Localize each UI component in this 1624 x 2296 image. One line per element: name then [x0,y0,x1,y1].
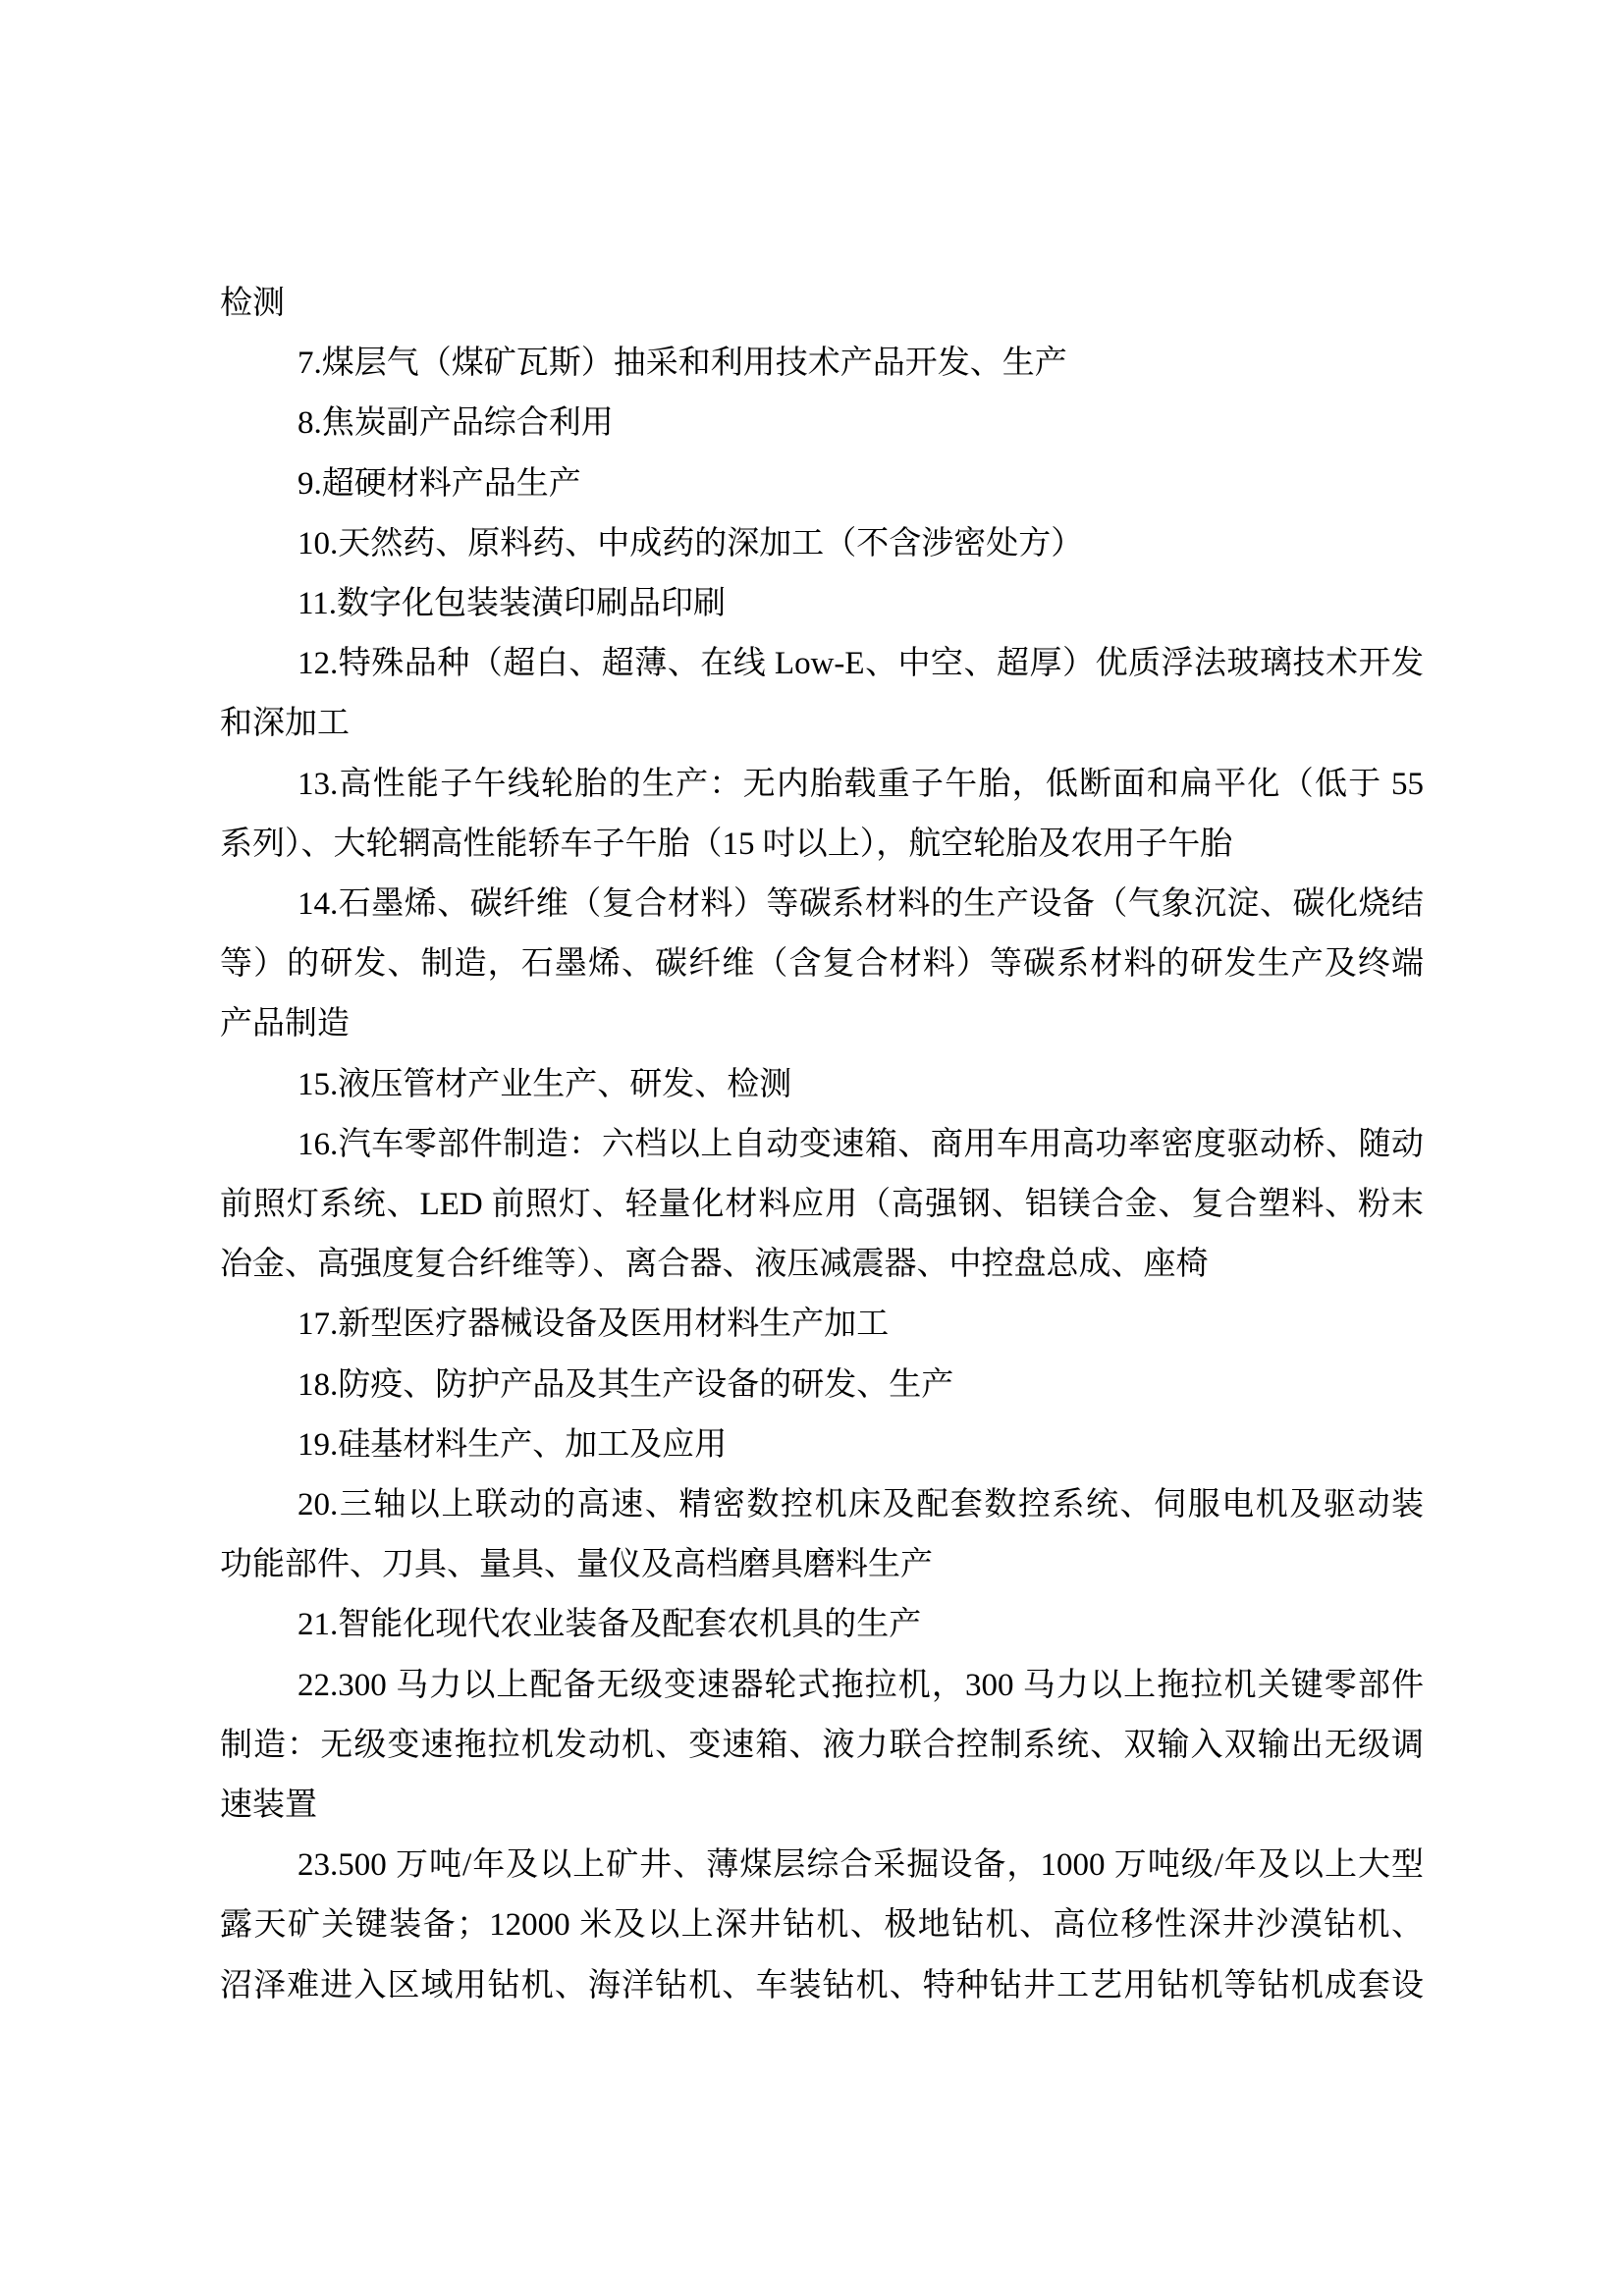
text-line: 22.300 马力以上配备无级变速器轮式拖拉机，300 马力以上拖拉机关键零部件 [220,1656,1424,1716]
text-line: 19.硅基材料生产、加工及应用 [220,1415,1424,1475]
text-line: 前照灯系统、LED 前照灯、轻量化材料应用（高强钢、铝镁合金、复合塑料、粉末 [220,1175,1424,1235]
text-line: 检测 [220,274,1424,334]
text-line: 9.超硬材料产品生产 [220,454,1424,514]
text-line: 冶金、高强度复合纤维等）、离合器、液压减震器、中控盘总成、座椅 [220,1235,1424,1295]
text-line: 7.煤层气（煤矿瓦斯）抽采和利用技术产品开发、生产 [220,334,1424,394]
text-line: 产品制造 [220,994,1424,1054]
text-line: 制造：无级变速拖拉机发动机、变速箱、液力联合控制系统、双输入双输出无级调 [220,1716,1424,1776]
text-line: 露天矿关键装备；12000 米及以上深井钻机、极地钻机、高位移性深井沙漠钻机、 [220,1896,1424,1955]
text-line: 17.新型医疗器械设备及医用材料生产加工 [220,1295,1424,1355]
document-page: 检测7.煤层气（煤矿瓦斯）抽采和利用技术产品开发、生产8.焦炭副产品综合利用9.… [0,0,1624,2296]
text-line: 23.500 万吨/年及以上矿井、薄煤层综合采掘设备，1000 万吨级/年及以上… [220,1836,1424,1896]
text-line: 20.三轴以上联动的高速、精密数控机床及配套数控系统、伺服电机及驱动装置、 [220,1475,1424,1535]
text-line: 15.液压管材产业生产、研发、检测 [220,1055,1424,1115]
text-line: 11.数字化包装装潢印刷品印刷 [220,574,1424,634]
text-line: 8.焦炭副产品综合利用 [220,394,1424,454]
text-line: 14.石墨烯、碳纤维（复合材料）等碳系材料的生产设备（气象沉淀、碳化烧结 [220,875,1424,934]
text-line: 功能部件、刀具、量具、量仪及高档磨具磨料生产 [220,1535,1424,1595]
text-line: 沼泽难进入区域用钻机、海洋钻机、车装钻机、特种钻井工艺用钻机等钻机成套设 [220,1956,1424,2016]
text-line: 13.高性能子午线轮胎的生产：无内胎载重子午胎，低断面和扁平化（低于 55 [220,755,1424,815]
text-line: 12.特殊品种（超白、超薄、在线 Low-E、中空、超厚）优质浮法玻璃技术开发 [220,634,1424,694]
text-line: 16.汽车零部件制造：六档以上自动变速箱、商用车用高功率密度驱动桥、随动 [220,1115,1424,1175]
text-line: 10.天然药、原料药、中成药的深加工（不含涉密处方） [220,514,1424,574]
text-line: 速装置 [220,1776,1424,1836]
text-line: 系列）、大轮辋高性能轿车子午胎（15 吋以上），航空轮胎及农用子午胎 [220,815,1424,875]
document-text-block: 检测7.煤层气（煤矿瓦斯）抽采和利用技术产品开发、生产8.焦炭副产品综合利用9.… [220,274,1424,2016]
text-line: 18.防疫、防护产品及其生产设备的研发、生产 [220,1356,1424,1415]
text-line: 等）的研发、制造，石墨烯、碳纤维（含复合材料）等碳系材料的研发生产及终端 [220,934,1424,994]
text-line: 和深加工 [220,694,1424,754]
text-line: 21.智能化现代农业装备及配套农机具的生产 [220,1595,1424,1655]
